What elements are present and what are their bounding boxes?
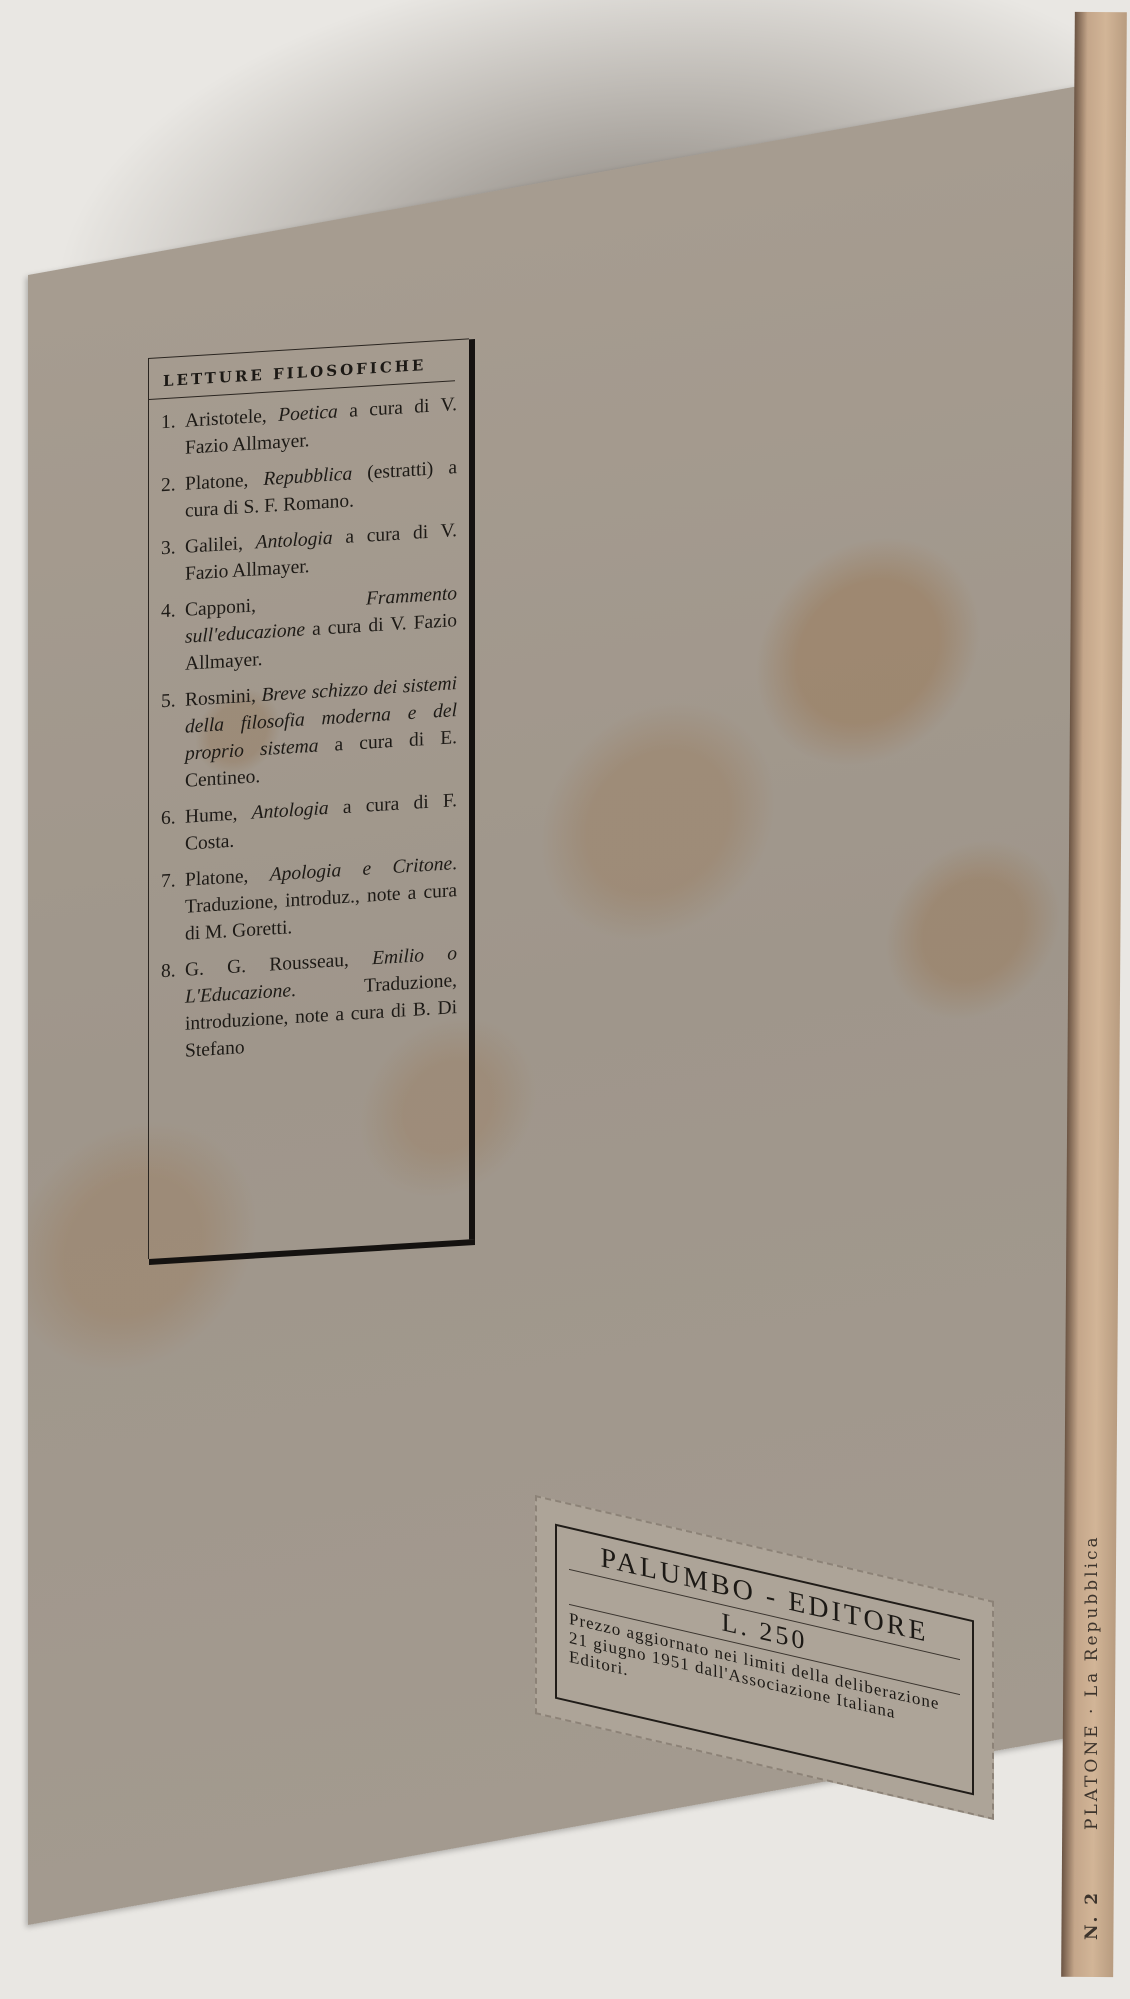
- spine-number: N. 2: [1082, 1890, 1102, 1940]
- series-list-box: LETTURE FILOSOFICHE 1.Aristotele, Poetic…: [148, 338, 469, 1259]
- book: LETTURE FILOSOFICHE 1.Aristotele, Poetic…: [0, 0, 1130, 1999]
- spine-text: N. 2 PLATONE · La Repubblica: [1082, 1240, 1112, 1940]
- series-item: 8.G. G. Rousseau, Emilio o L'Educazione.…: [161, 940, 457, 1066]
- series-list: 1.Aristotele, Poetica a cura di V. Fazio…: [149, 380, 469, 1067]
- series-item: 1.Aristotele, Poetica a cura di V. Fazio…: [161, 391, 457, 463]
- box-shadow-right: [469, 339, 475, 1239]
- spine-title: PLATONE · La Repubblica: [1082, 1534, 1102, 1830]
- series-item: 4.Capponi, Frammento sull'educazione a c…: [161, 580, 457, 679]
- series-item: 2.Platone, Repubblica (estratti) a cura …: [161, 454, 457, 526]
- series-item: 6.Hume, Antologia a cura di F. Costa.: [161, 787, 457, 859]
- series-item: 3.Galilei, Antologia a cura di V. Fazio …: [161, 517, 457, 589]
- series-item: 5.Rosmini, Breve schizzo dei sistemi del…: [161, 670, 457, 796]
- series-item: 7.Platone, Apologia e Critone. Traduzion…: [161, 850, 457, 949]
